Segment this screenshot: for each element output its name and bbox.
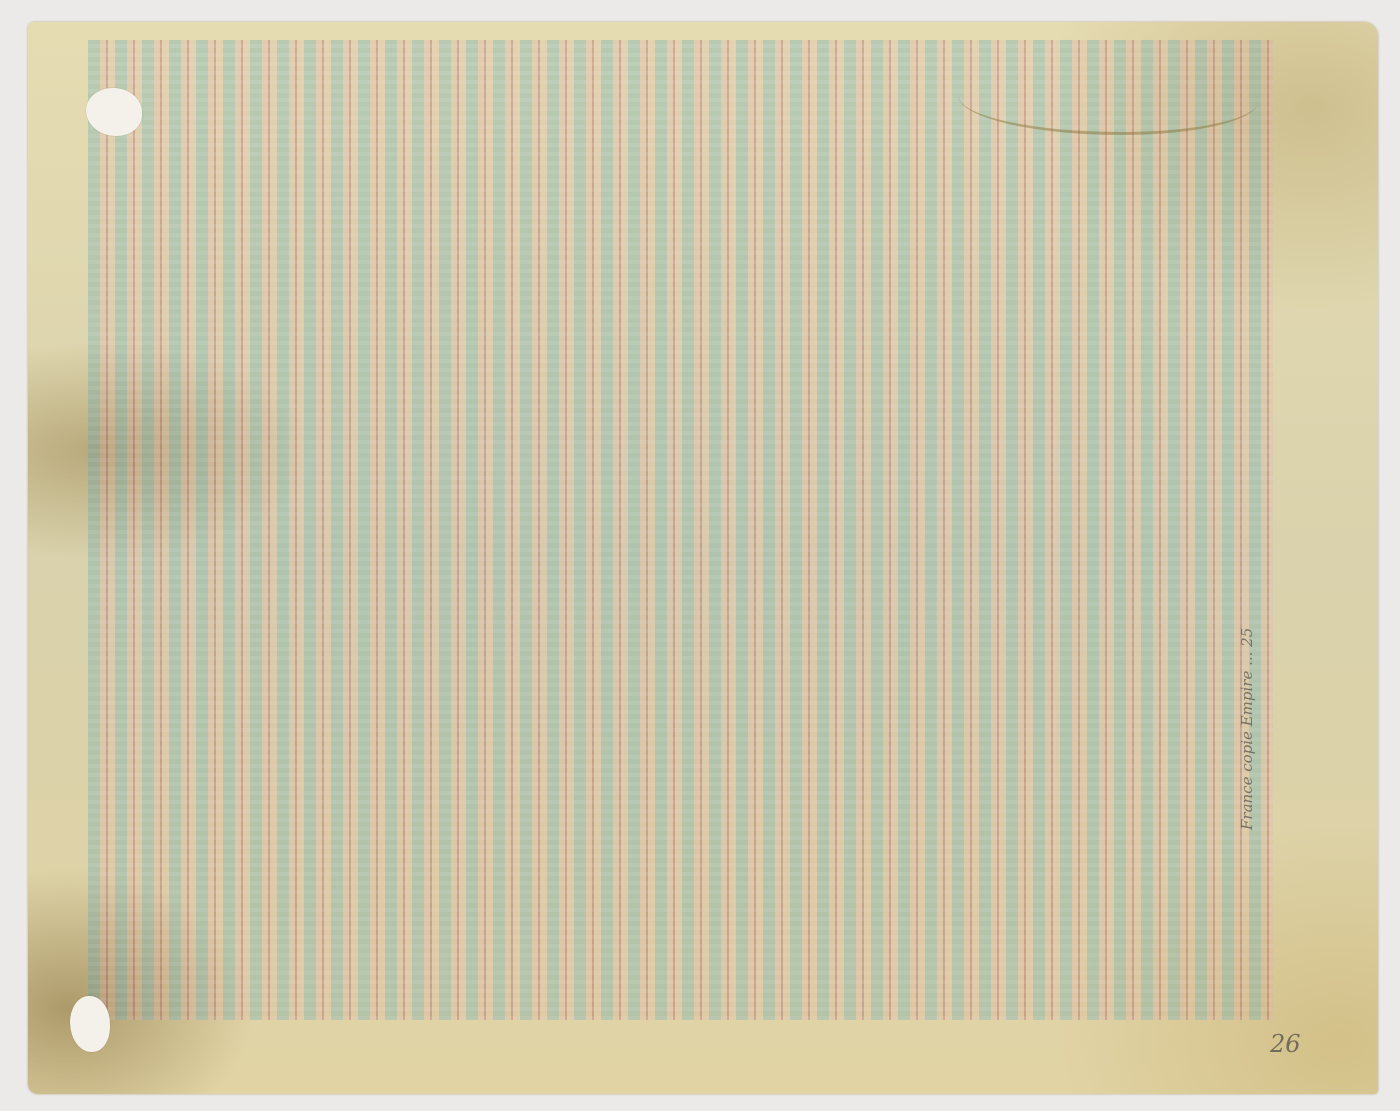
paper-hole-bottom [70,996,110,1052]
printed-stripe-pattern [88,40,1273,1020]
paper-hole-top [86,88,142,136]
pencil-annotation: France copie Empire ... 25 [1238,628,1256,830]
page-number: 26 [1270,1030,1301,1058]
paper-sheet [28,22,1378,1094]
